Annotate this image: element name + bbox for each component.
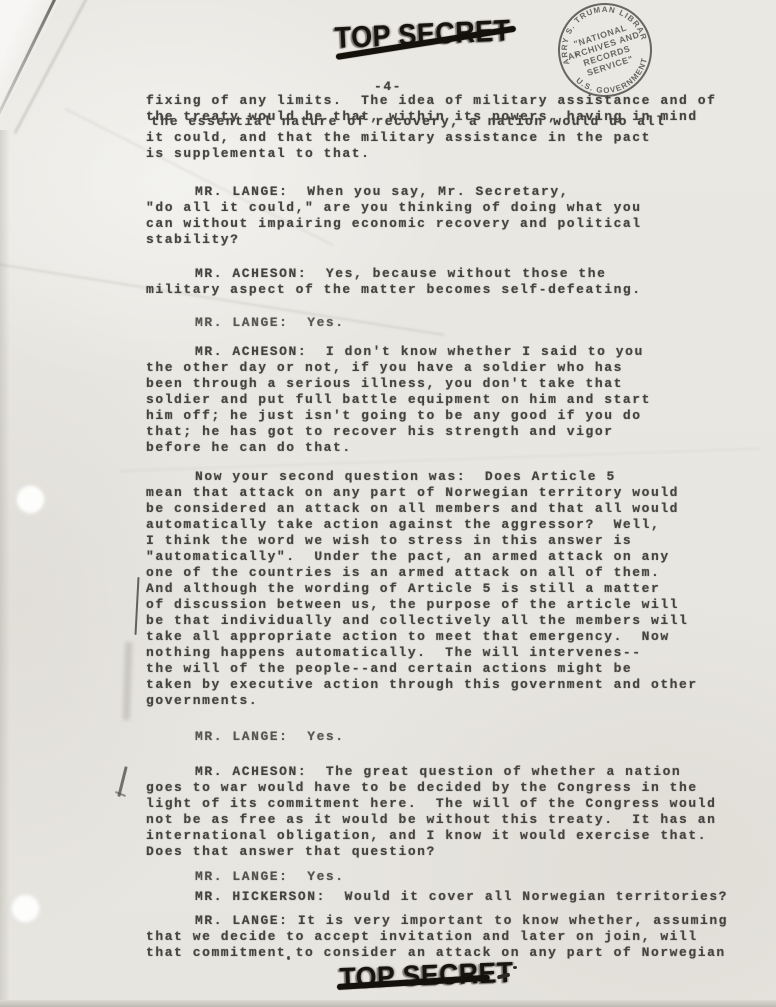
transcript-line: MR. ACHESON: The great question of wheth…: [146, 764, 761, 780]
transcript-line: "automatically". Under the pact, an arme…: [146, 549, 761, 565]
transcript-line: fixing of any limits. The idea of milita…: [146, 93, 761, 109]
transcript-line: goes to war would have to be decided by …: [146, 780, 761, 796]
transcript-line: him off; he just isn't going to be any g…: [146, 408, 761, 424]
transcript-line: Does that answer that question?: [146, 844, 761, 860]
transcript-line: that we decide to accept invitation and …: [146, 929, 761, 945]
transcript-line: mean that attack on any part of Norwegia…: [146, 485, 761, 501]
transcript-line: of discussion between us, the purpose of…: [146, 597, 761, 613]
transcript-line: international obligation, and I know it …: [146, 828, 761, 844]
paragraph: MR. ACHESON: I don't know whether I said…: [146, 344, 761, 456]
ink-speck: [287, 956, 290, 960]
punch-hole: [17, 486, 44, 513]
folded-corner: [0, 0, 75, 135]
transcript-line: Now your second question was: Does Artic…: [146, 469, 761, 485]
transcript-line: take all appropriate action to meet that…: [146, 629, 761, 645]
transcript-line: MR. LANGE: It is very important to know …: [146, 913, 761, 929]
paragraph: MR. LANGE: Yes.: [146, 729, 761, 745]
paragraph: MR. LANGE: It is very important to know …: [146, 913, 761, 961]
transcript-line: that; he has got to recover his strength…: [146, 424, 761, 440]
transcript-line: taken by executive action through this g…: [146, 677, 761, 693]
page-bottom-edge: [0, 1000, 776, 1007]
transcript-line: "do all it could," are you thinking of d…: [146, 200, 761, 216]
paragraph: MR. HICKERSON: Would it cover all Norweg…: [146, 889, 761, 905]
transcript-line: soldier and put full battle equipment on…: [146, 392, 761, 408]
transcript-line: the other day or not, if you have a sold…: [146, 360, 761, 376]
paragraph: Now your second question was: Does Artic…: [146, 469, 761, 709]
scanned-document: TOP SECRET HARRY S. TRUMAN LIBRARY U.S. …: [0, 0, 776, 1007]
transcript-line: MR. LANGE: When you say, Mr. Secretary,: [146, 184, 761, 200]
transcript-line: not be as free as it would be without th…: [146, 812, 761, 828]
transcript-line: MR. ACHESON: Yes, because without those …: [146, 266, 761, 282]
transcript-line: before he can do that.: [146, 440, 761, 456]
transcript-line: been through a serious illness, you don'…: [146, 376, 761, 392]
transcript-line: is supplemental to that.: [146, 146, 761, 162]
transcript-line: light of its commitment here. The will o…: [146, 796, 761, 812]
transcript-line: MR. LANGE: Yes.: [146, 315, 761, 331]
transcript-line: MR. ACHESON: I don't know whether I said…: [146, 344, 761, 360]
paragraph: fixing of any limits. The idea of milita…: [146, 93, 761, 162]
transcript-body: fixing of any limits. The idea of milita…: [146, 0, 761, 961]
transcript-line: automatically take action against the ag…: [146, 517, 761, 533]
pencil-smudge: [123, 642, 133, 720]
transcript-line: I think the word we wish to stress in th…: [146, 533, 761, 549]
transcript-line: one of the countries is an armed attack …: [146, 565, 761, 581]
transcript-line: can without impairing economic recovery …: [146, 216, 761, 232]
transcript-line: stability?: [146, 232, 761, 248]
scan-edge-shade: [0, 130, 10, 1000]
paragraph: MR. LANGE: Yes.: [146, 315, 761, 331]
punch-hole: [12, 895, 39, 922]
ink-speck: [513, 966, 517, 969]
transcript-line: governments.: [146, 693, 761, 709]
paragraph: MR. ACHESON: The great question of wheth…: [146, 764, 761, 860]
transcript-line: MR. HICKERSON: Would it cover all Norweg…: [146, 889, 761, 905]
transcript-line: MR. LANGE: Yes.: [146, 729, 761, 745]
transcript-line: the will of the people--and certain acti…: [146, 661, 761, 677]
paragraph: MR. ACHESON: Yes, because without those …: [146, 266, 761, 298]
paragraph: MR. LANGE: When you say, Mr. Secretary, …: [146, 184, 761, 248]
transcript-line: it could, and that the military assistan…: [146, 130, 761, 146]
transcript-line: MR. LANGE: Yes.: [146, 869, 761, 885]
transcript-line: nothing happens automatically. The will …: [146, 645, 761, 661]
transcript-line: be considered an attack on all members a…: [146, 501, 761, 517]
document-page: TOP SECRET HARRY S. TRUMAN LIBRARY U.S. …: [0, 0, 776, 1007]
transcript-line: military aspect of the matter becomes se…: [146, 282, 761, 298]
transcript-line: be that individually and collectively al…: [146, 613, 761, 629]
paragraph: MR. LANGE: Yes.: [146, 869, 761, 885]
transcript-line: And although the wording of Article 5 is…: [146, 581, 761, 597]
pencil-margin-line: [134, 577, 139, 635]
